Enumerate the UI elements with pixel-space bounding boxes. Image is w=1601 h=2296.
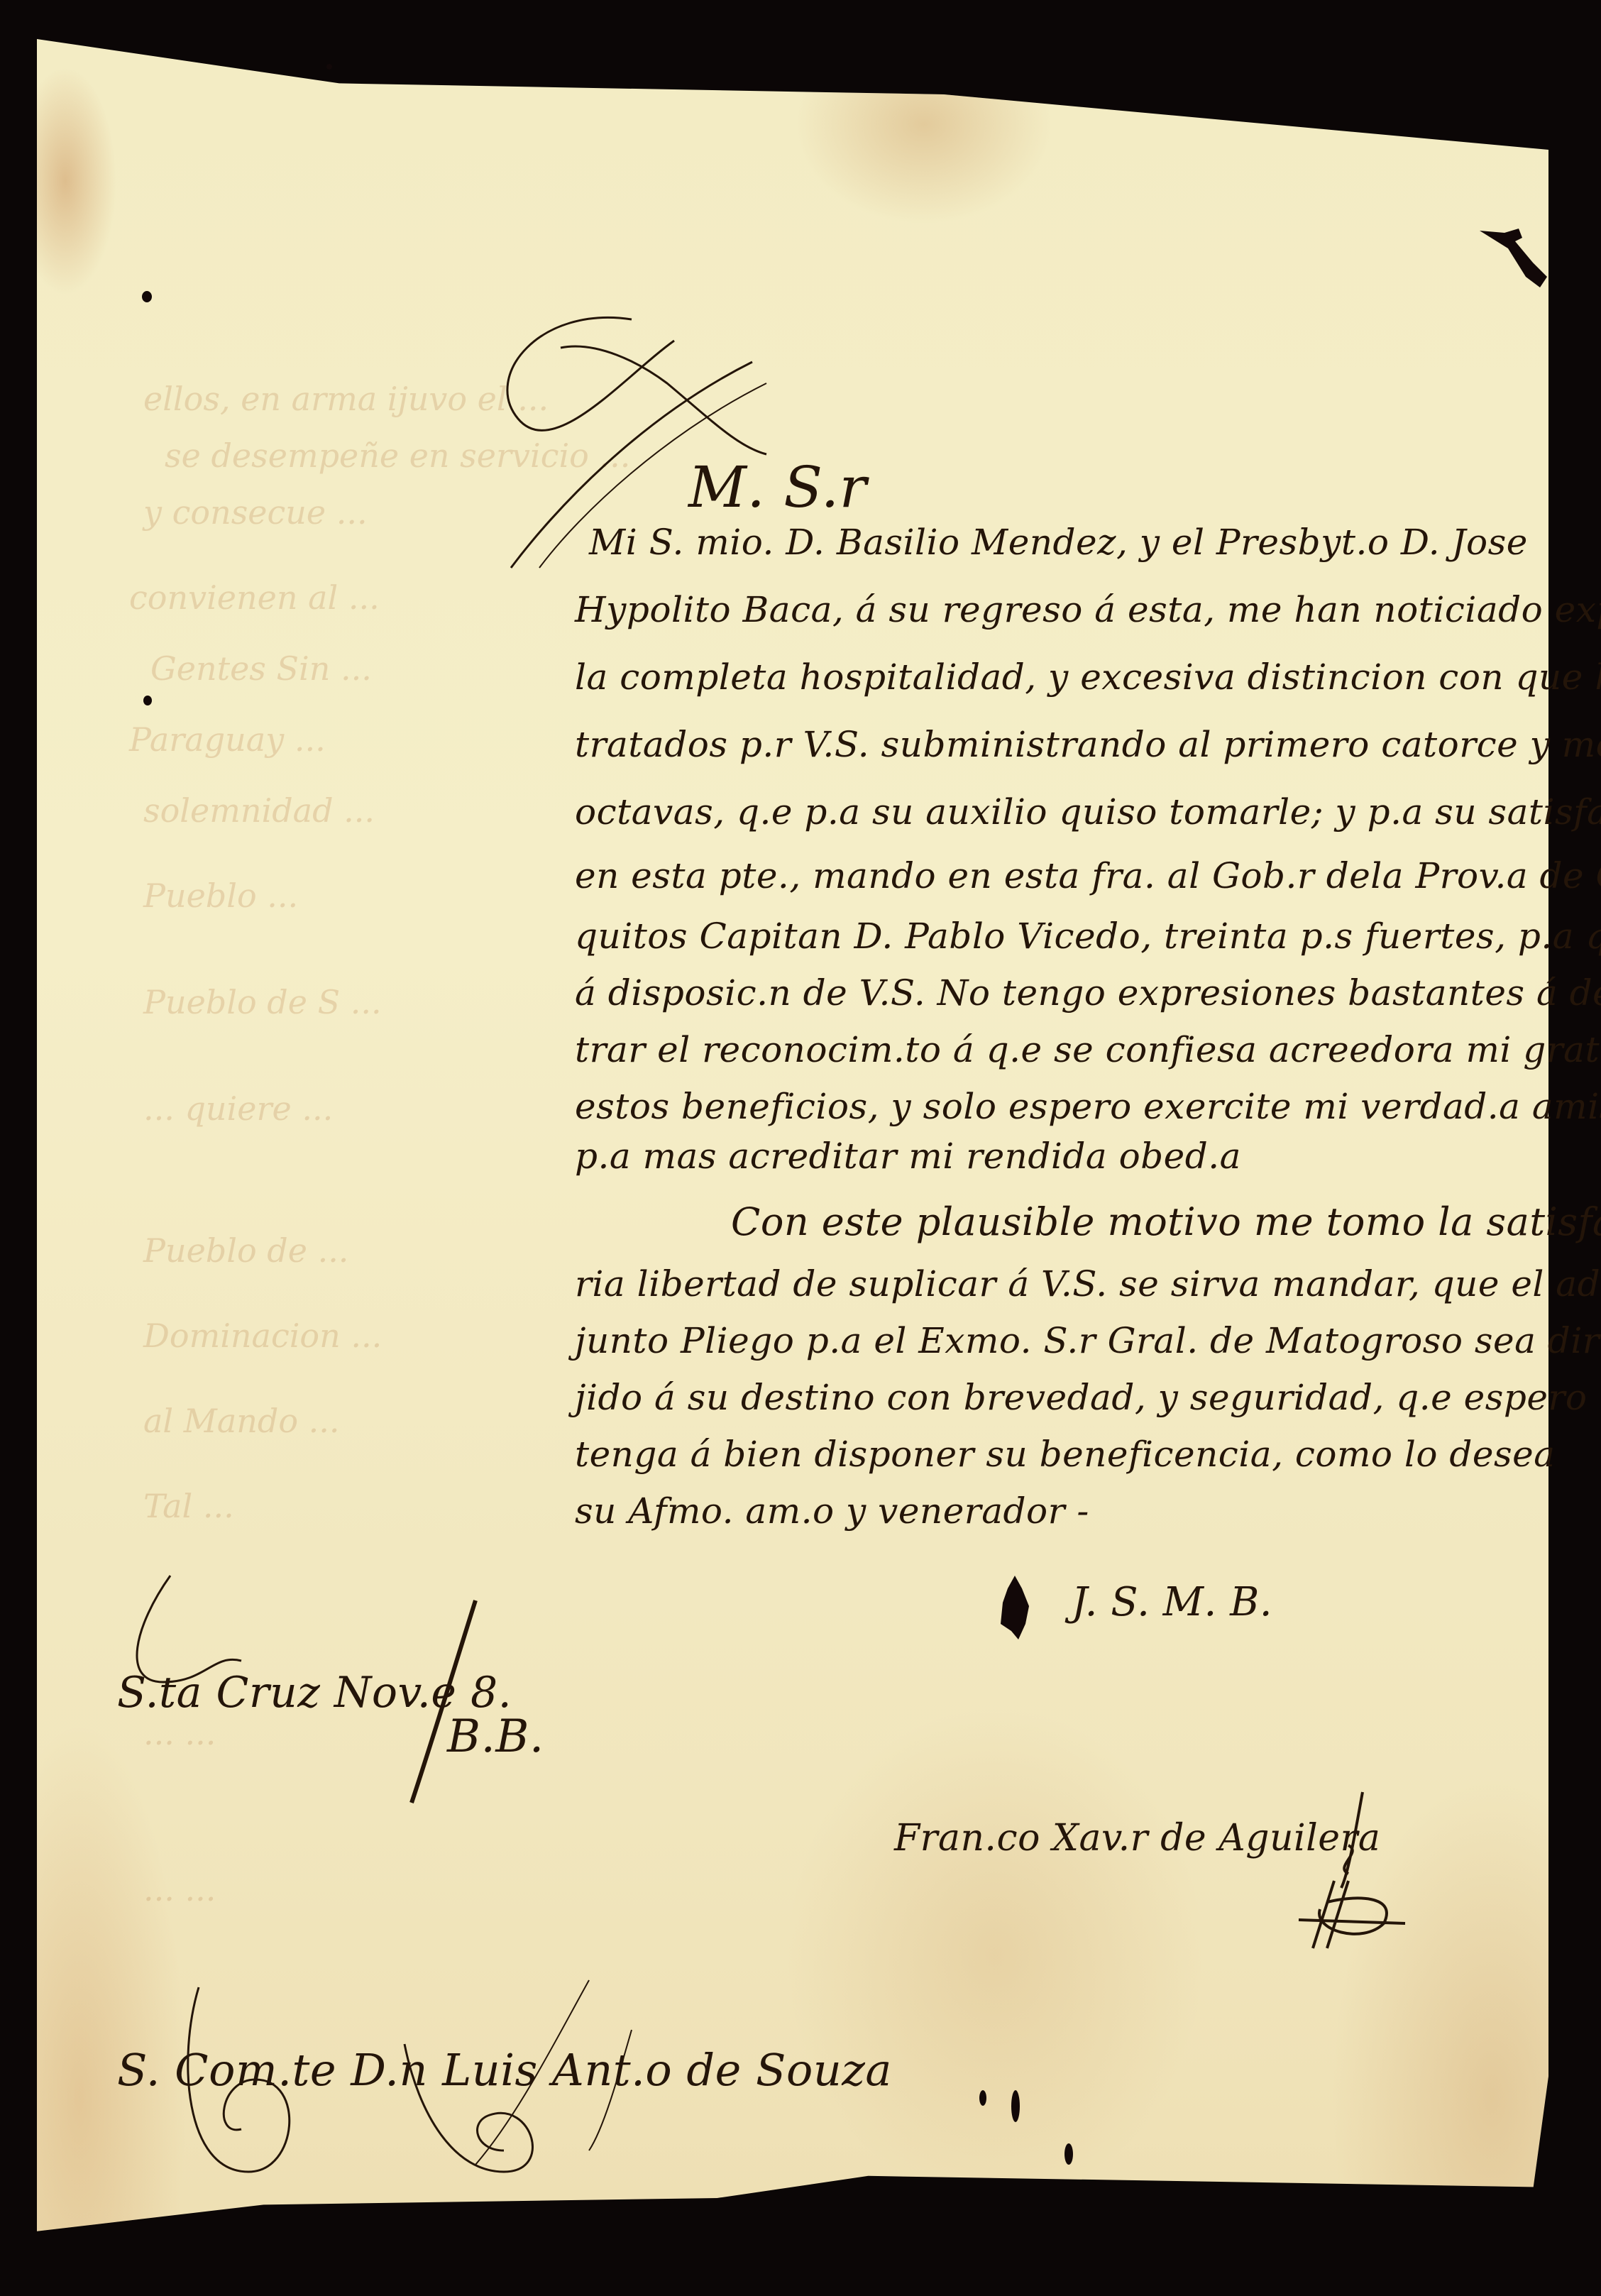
bleed-through-text: Tal ...	[143, 1487, 234, 1525]
flourish-stroke-icon	[397, 1597, 483, 1810]
body-line: la completa hospitalidad, y excesiva dis…	[575, 657, 1601, 698]
bleed-through-text: Pueblo ...	[143, 877, 298, 915]
body-line: Mi S. mio. D. Basilio Mendez, y el Presb…	[589, 522, 1528, 563]
ink-spot	[979, 2090, 986, 2106]
body-line: p.a mas acreditar mi rendida obed.a	[575, 1136, 1241, 1177]
body-line: quitos Capitan D. Pablo Vicedo, treinta …	[575, 916, 1601, 957]
closing-initials: J. S. M. B.	[1072, 1579, 1272, 1625]
body-line: su Afmo. am.o y venerador -	[575, 1490, 1089, 1532]
pin-hole	[143, 696, 152, 705]
salutation: M. S.r	[688, 454, 866, 520]
body-line: tenga á bien disponer su beneficencia, c…	[575, 1434, 1556, 1475]
body-line: estos beneficios, y solo espero exercite…	[575, 1086, 1601, 1127]
body-line: octavas, q.e p.a su auxilio quiso tomarl…	[575, 791, 1601, 833]
bleed-through-text: al Mando ...	[143, 1402, 340, 1440]
body-line: junto Pliego p.a el Exmo. S.r Gral. de M…	[575, 1320, 1601, 1361]
flourish-s-icon	[106, 1569, 248, 1710]
body-line: tratados p.r V.S. subministrando al prim…	[575, 724, 1601, 765]
ink-spot	[1064, 2143, 1073, 2165]
bleed-through-text: solemnidad ...	[143, 791, 375, 830]
bleed-through-text: Pueblo de ...	[143, 1231, 348, 1270]
bleed-through-text: Paraguay ...	[129, 720, 326, 759]
body-line: Hypolito Baca, á su regreso á esta, me h…	[575, 589, 1601, 630]
initials: B.B.	[447, 1710, 544, 1763]
ink-blot-icon	[997, 1574, 1033, 1642]
pin-hole	[142, 291, 152, 302]
body-line: trar el reconocim.to á q.e se confiesa a…	[575, 1029, 1601, 1070]
body-line: Con este plausible motivo me tomo la sat…	[731, 1199, 1601, 1244]
body-line: jido á su destino con brevedad, y seguri…	[575, 1377, 1587, 1418]
ink-blot-icon	[1476, 227, 1554, 291]
bleed-through-text: ... quiere ...	[143, 1089, 333, 1128]
bleed-through-text: ... ...	[143, 1714, 216, 1752]
bleed-through-text: y consecue ...	[143, 493, 368, 532]
pin-hole	[326, 64, 332, 70]
body-line: ria libertad de suplicar á V.S. se sirva…	[575, 1263, 1601, 1304]
rubric-icon	[1284, 1789, 1412, 1952]
body-line: á disposic.n de V.S. No tengo expresione…	[575, 972, 1601, 1014]
bleed-through-text: Dominacion ...	[143, 1317, 382, 1355]
ink-spot	[1011, 2090, 1020, 2122]
bleed-through-text: ... ...	[143, 1870, 216, 1908]
body-line: en esta pte., mando en esta fra. al Gob.…	[575, 855, 1601, 896]
flourish-addressee-icon	[135, 1973, 915, 2186]
bleed-through-text: convienen al ...	[129, 578, 380, 617]
bleed-through-text: Gentes Sin ...	[150, 649, 372, 688]
bleed-through-text: Pueblo de S ...	[143, 983, 382, 1021]
